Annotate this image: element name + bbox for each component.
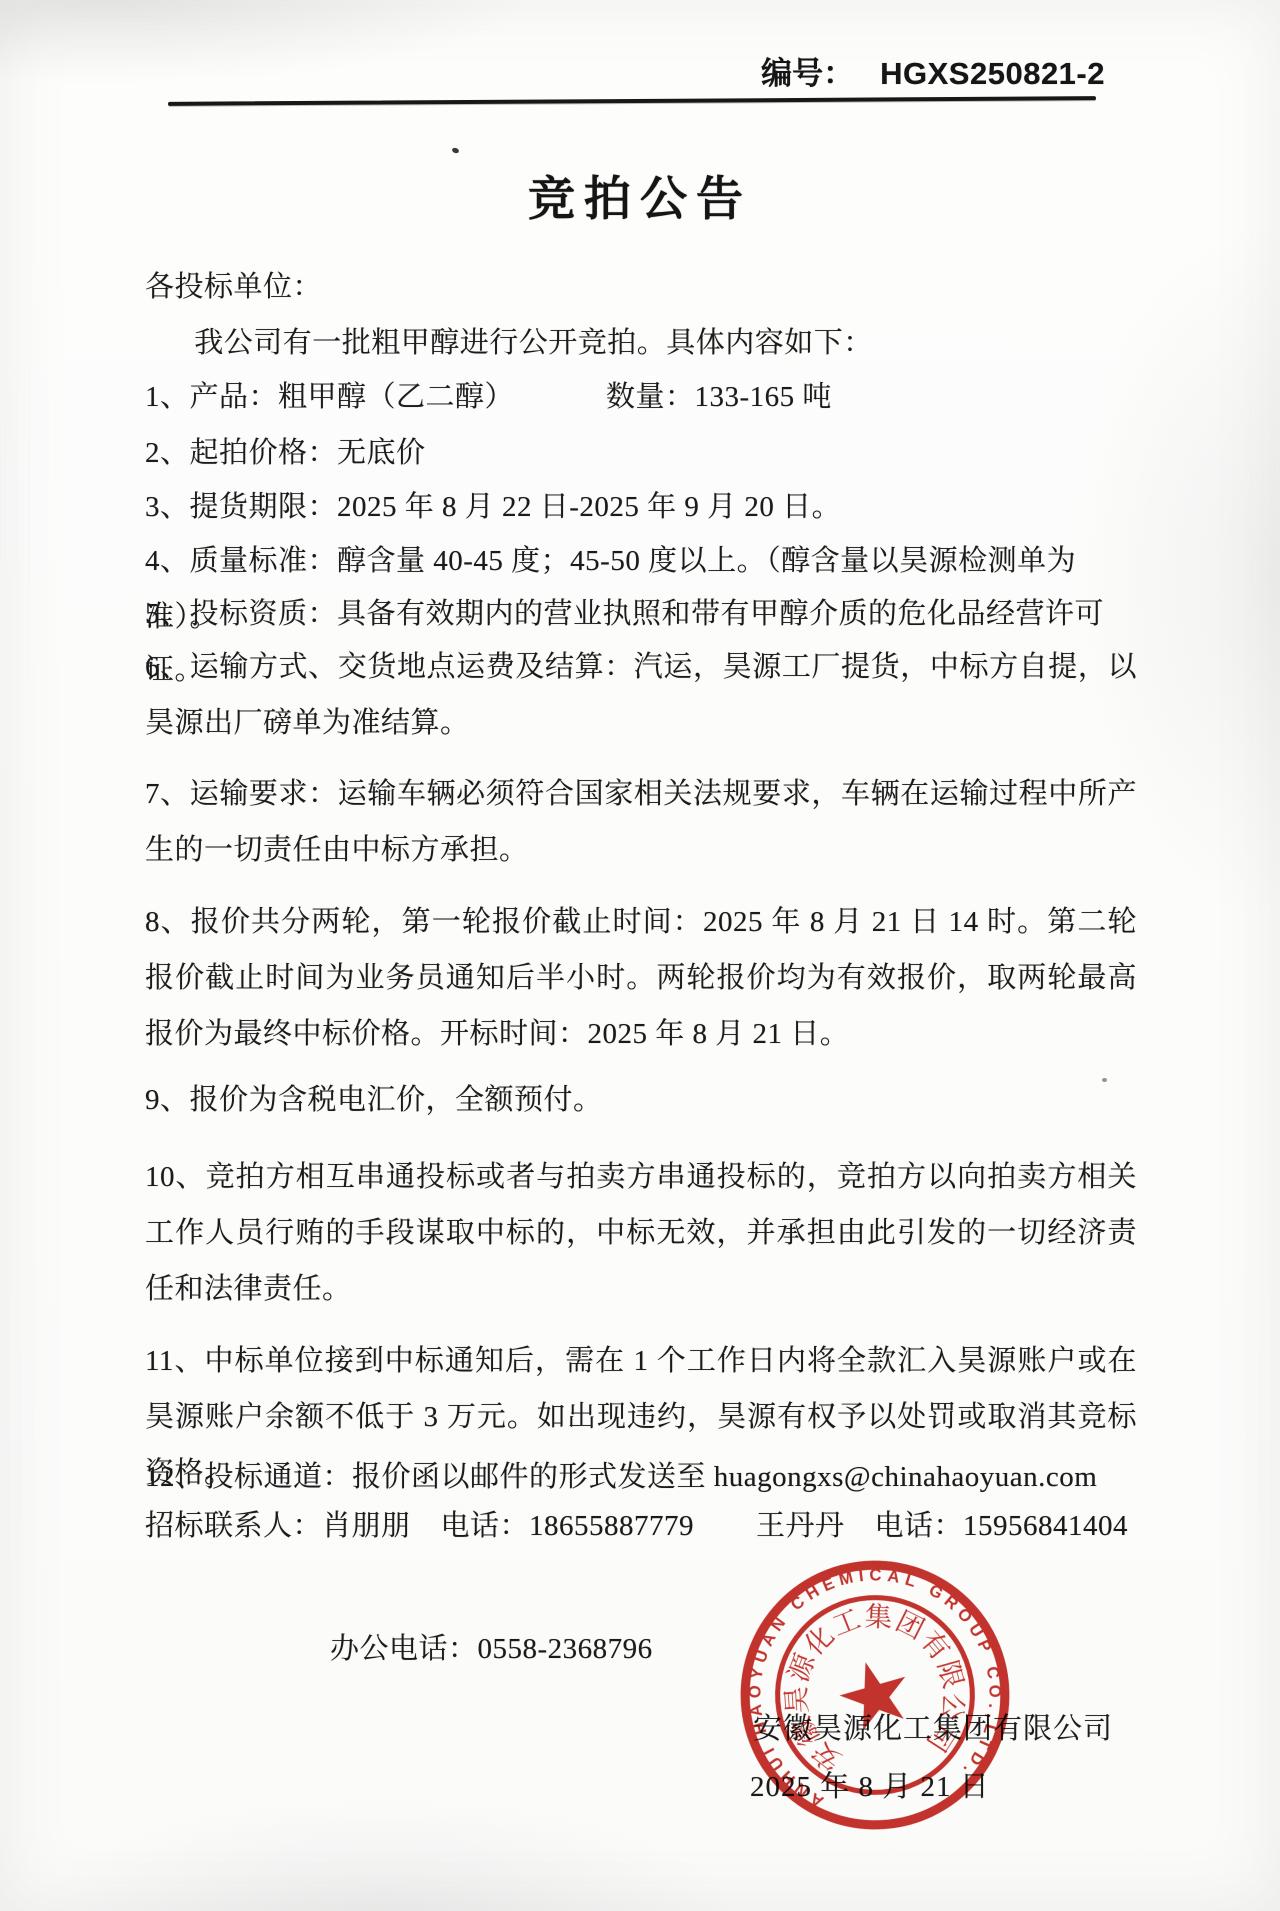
contact-name-1: 肖朋朋	[322, 1510, 411, 1542]
contact-phone-label-2: 电话：	[875, 1510, 964, 1542]
company-seal-stamp: ANHUI HAOYUAN CHEMICAL GROUP CO.,LTD. 安徽…	[723, 1543, 1026, 1846]
doc-number-label: 编号：	[761, 56, 854, 91]
contact-phone-2: 15956841404	[963, 1510, 1128, 1542]
contact-name-2: 王丹丹	[756, 1510, 845, 1542]
auction-item-12: 12、投标通道：报价函以邮件的形式发送至 huagongxs@chinahaoy…	[145, 1449, 1137, 1505]
auction-item-10: 10、竞拍方相互串通投标或者与拍卖方串通投标的，竞拍方以向拍卖方相关工作人员行贿…	[145, 1149, 1137, 1317]
contact-phone-1: 18655887779	[529, 1510, 694, 1542]
auction-item-2: 2、起拍价格：无底价	[145, 425, 1137, 481]
auction-item-7: 7、运输要求：运输车辆必须符合国家相关法规要求，车辆在运输过程中所产生的一切责任…	[145, 766, 1137, 878]
doc-number: HGXS250821-2	[880, 56, 1105, 91]
header-rule	[168, 96, 1096, 106]
item-1-product: 1、产品：粗甲醇（乙二醇）	[145, 381, 514, 413]
auction-item-3: 3、提货期限：2025 年 8 月 22 日-2025 年 9 月 20 日。	[145, 479, 1137, 535]
auction-item-6: 6、运输方式、交货地点运费及结算：汽运，昊源工厂提货，中标方自提，以昊源出厂磅单…	[145, 639, 1137, 751]
scan-artifact-dot	[451, 147, 459, 154]
office-phone: 办公电话：0558-2368796	[330, 1621, 653, 1677]
star-icon: ★	[823, 1637, 927, 1754]
page-title: 竞拍公告	[0, 162, 1280, 229]
scanned-document-page: 编号：HGXS250821-2 竞拍公告 各投标单位： 我公司有一批粗甲醇进行公…	[0, 0, 1280, 1911]
item-1-quantity: 数量：133-165 吨	[606, 381, 832, 413]
contact-phone-label-1: 电话：	[441, 1510, 530, 1542]
doc-number-row: 编号：HGXS250821-2	[0, 48, 1105, 93]
intro-line: 我公司有一批粗甲醇进行公开竞拍。具体内容如下：	[145, 315, 1137, 371]
auction-item-1: 1、产品：粗甲醇（乙二醇）数量：133-165 吨	[145, 369, 1137, 425]
auction-item-8: 8、报价共分两轮，第一轮报价截止时间：2025 年 8 月 21 日 14 时。…	[145, 894, 1137, 1062]
salutation-line: 各投标单位：	[145, 259, 1137, 315]
auction-item-9: 9、报价为含税电汇价，全额预付。	[145, 1072, 1137, 1128]
contact-label: 招标联系人：	[145, 1510, 322, 1542]
